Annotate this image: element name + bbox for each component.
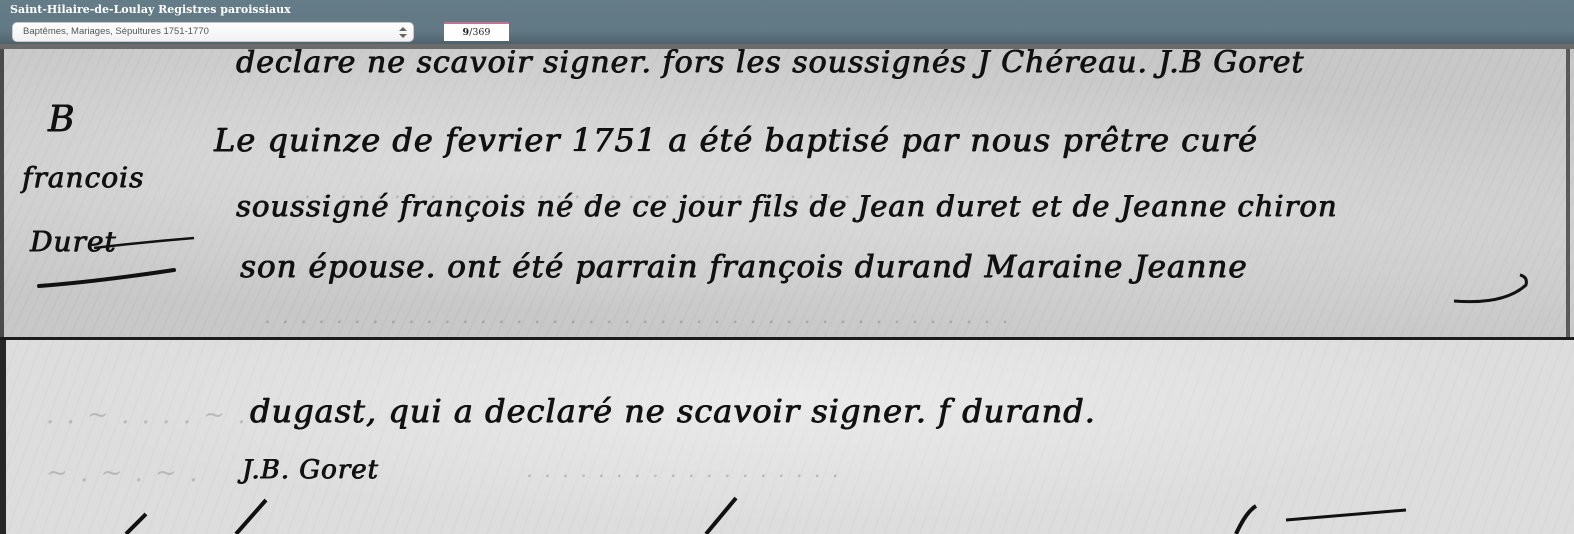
document-image-viewer[interactable]: . . . . . . . . . . . . . . . . . . . . … [0, 49, 1574, 534]
margin-flourish [34, 234, 204, 294]
manuscript-line-3: soussigné françois né de ce jour fils de… [236, 189, 1338, 223]
page-title: Saint-Hilaire-de-Loulay Registres parois… [10, 3, 291, 16]
manuscript-line-1: declare ne scavoir signer. fors les sous… [236, 49, 1304, 80]
line-end-flourish [1444, 271, 1534, 311]
page-total: 369 [472, 27, 490, 38]
next-line-fragments [106, 490, 1506, 534]
register-select-dropdown[interactable]: Baptêmes, Mariages, Sépultures 1751-1770 [12, 22, 414, 42]
bleed-through-text: . . . . . . . . . . . . . . . . . . [526, 458, 841, 483]
register-select-value: Baptêmes, Mariages, Sépultures 1751-1770 [23, 26, 209, 37]
register-page-upper: . . . . . . . . . . . . . . . . . . . . … [0, 49, 1574, 337]
page-counter[interactable]: 9/369 [444, 22, 509, 41]
manuscript-line-4: son épouse. ont été parrain françois dur… [240, 249, 1248, 285]
bleed-through-text: . . ~ . . . . ~ . . [46, 400, 268, 430]
register-page-lower: . . ~ . . . . ~ . . ~ . ~ . ~ . . . . . … [0, 340, 1574, 534]
signature-goret: J.B. Goret [242, 455, 379, 485]
bleed-through-text: . . . . . . . . . . . . . . . . . . . . … [264, 304, 1010, 329]
bleed-through-text: ~ . ~ . ~ . [46, 458, 199, 488]
select-updown-arrows-icon [399, 27, 407, 38]
margin-note-firstname: francois [22, 161, 144, 194]
viewer-header: Saint-Hilaire-de-Loulay Registres parois… [0, 0, 1574, 44]
manuscript-line-2: Le quinze de fevrier 1751 a été baptisé … [214, 121, 1258, 159]
margin-note-b: B [48, 99, 75, 140]
manuscript-line-5: dugast, qui a declaré ne scavoir signer.… [250, 392, 1096, 430]
